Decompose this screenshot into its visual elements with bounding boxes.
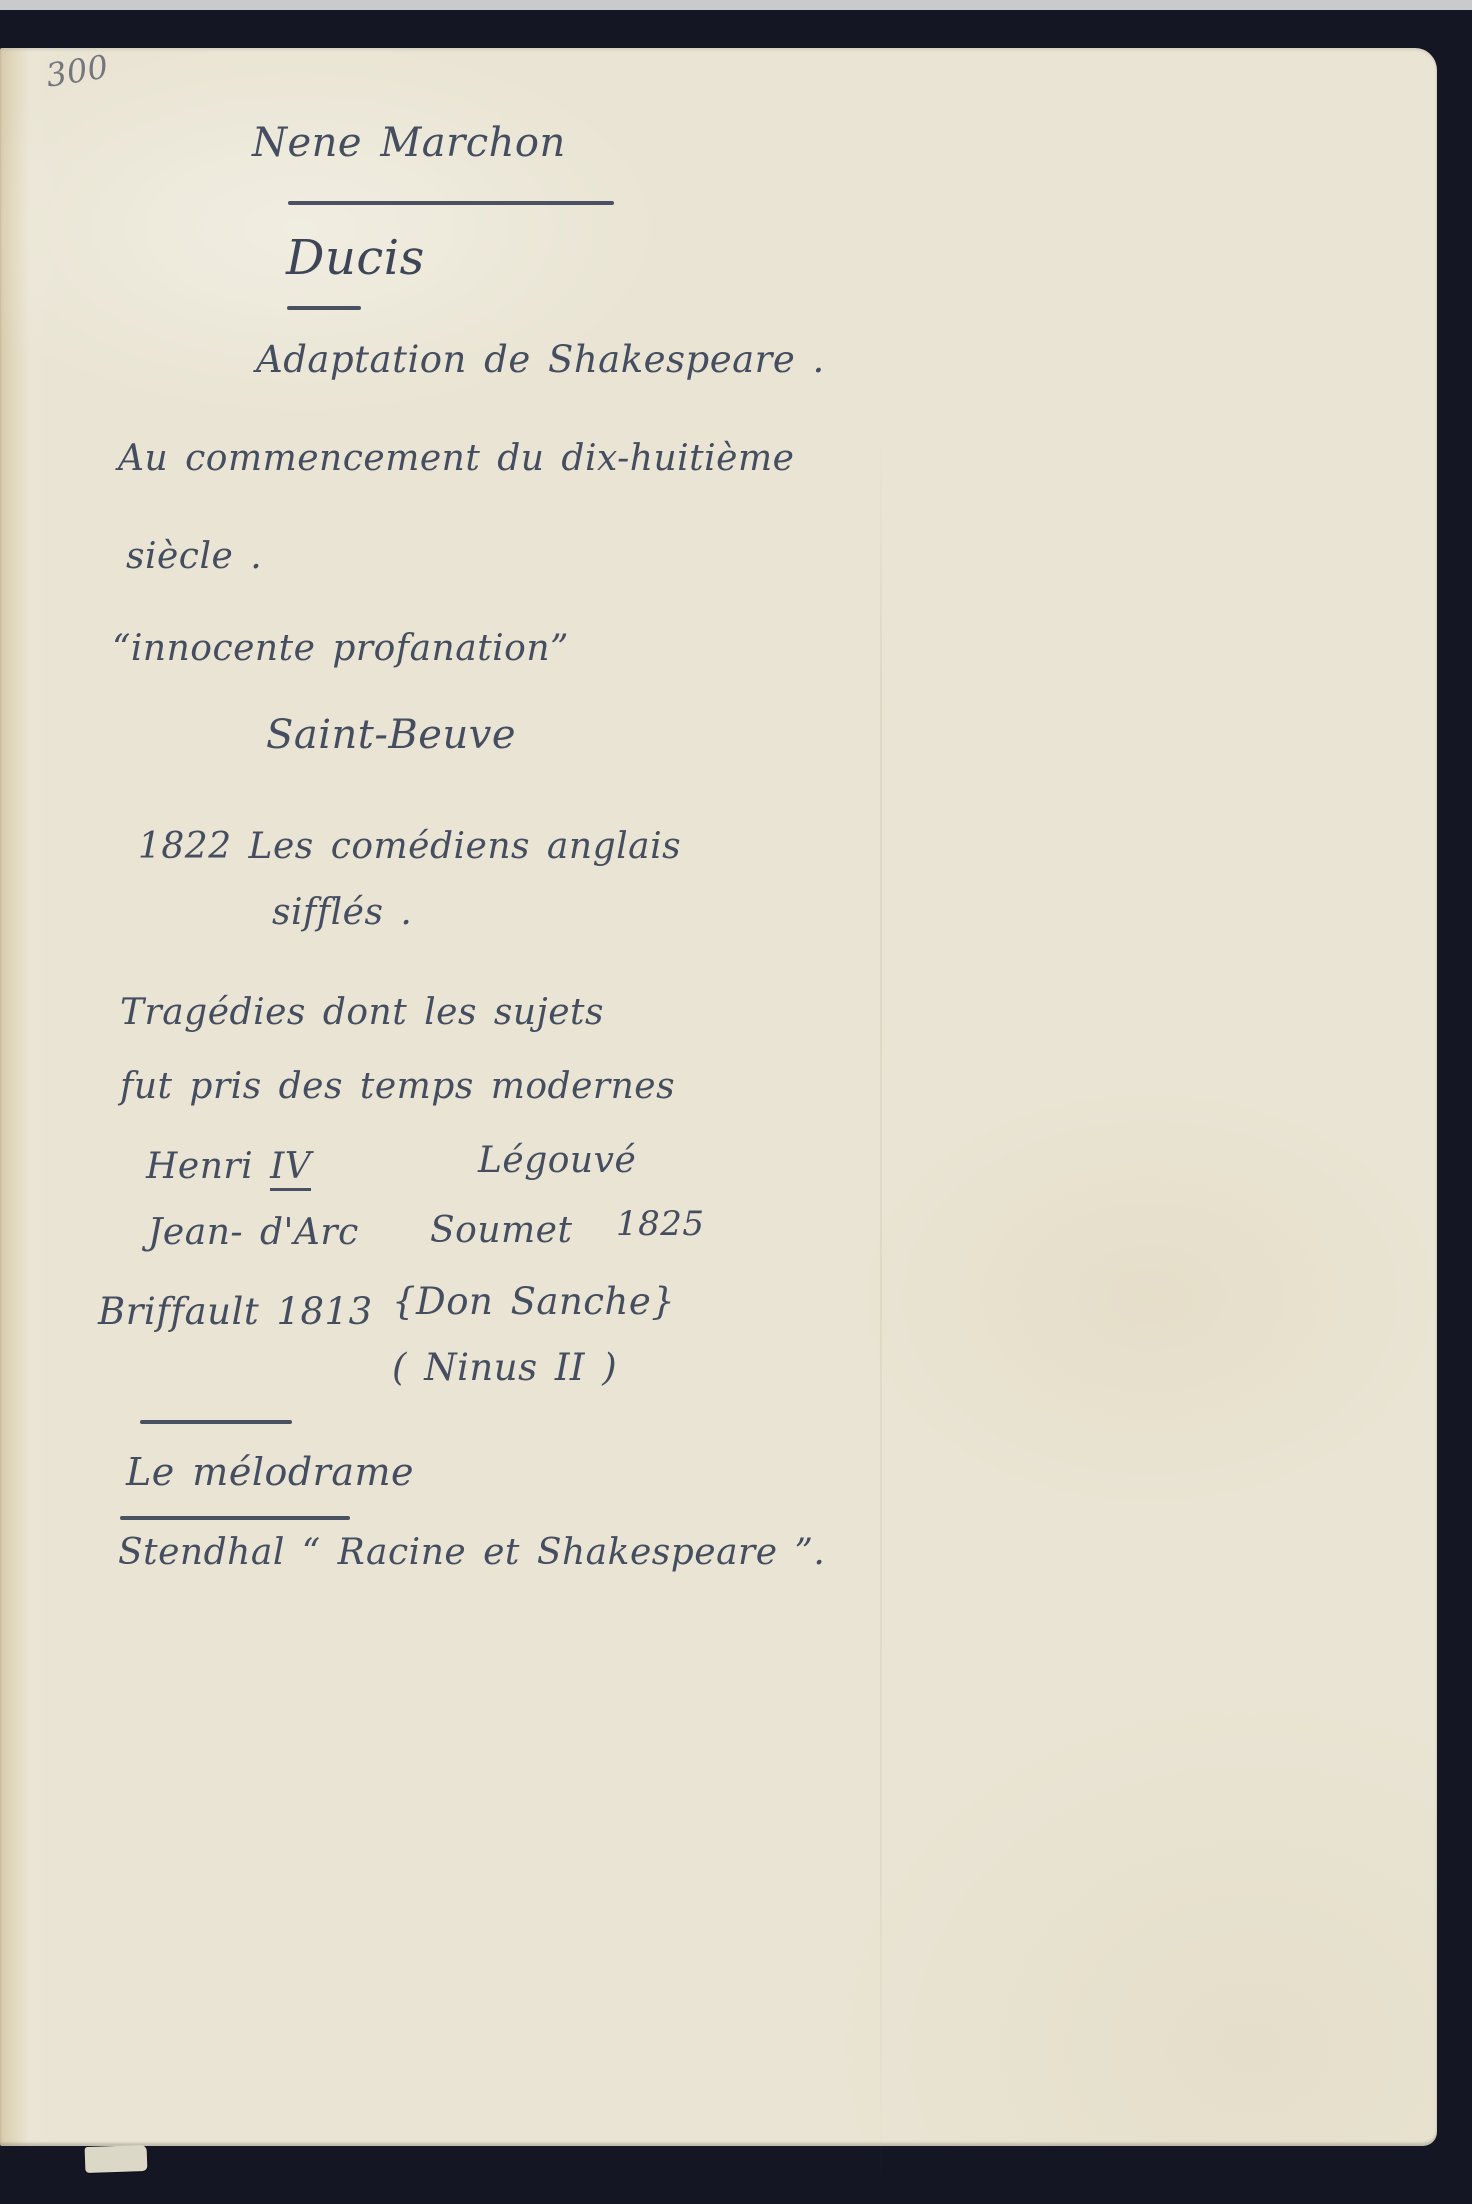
work-author: Soumet — [430, 1210, 572, 1251]
body-line: Tragédies dont les sujets — [120, 992, 604, 1033]
paper-scrap — [85, 2145, 148, 2173]
section-heading-underline — [120, 1516, 350, 1520]
work-author-year: Briffault 1813 — [98, 1290, 373, 1333]
page-crease — [880, 438, 882, 2188]
body-line: siècle . — [126, 536, 262, 577]
title-underline — [287, 306, 361, 310]
work-title: ( Ninus II ) — [392, 1346, 617, 1389]
work-title: Jean- d'Arc — [148, 1212, 359, 1253]
title: Ducis — [286, 230, 425, 286]
quote-author: Saint-Beuve — [266, 712, 516, 758]
work-title-numeral: IV — [270, 1146, 311, 1191]
body-line: 1822 Les comédiens anglais — [138, 826, 681, 867]
work-year: 1825 — [616, 1204, 705, 1244]
body-line: Au commencement du dix-huitième — [118, 438, 794, 479]
work-title: {Don Sanche} — [392, 1280, 675, 1323]
subtitle: Adaptation de Shakespeare . — [256, 338, 825, 381]
section-heading: Le mélodrame — [126, 1450, 414, 1494]
photo-edge-top — [0, 0, 1472, 10]
body-line: sifflés . — [272, 892, 412, 933]
body-line: Stendhal “ Racine et Shakespeare ”. — [118, 1532, 825, 1573]
heading-underline — [288, 201, 614, 205]
work-entry: Henri IV — [146, 1146, 311, 1187]
quote: “innocente profanation” — [112, 628, 569, 669]
body-line: fut pris des temps modernes — [120, 1066, 675, 1107]
work-author: Légouvé — [478, 1140, 636, 1181]
heading: Nene Marchon — [252, 120, 566, 166]
work-title: Henri — [146, 1146, 270, 1187]
section-divider — [140, 1420, 292, 1424]
notebook-photo: 300 Nene Marchon Ducis Adaptation de Sha… — [0, 0, 1472, 2204]
